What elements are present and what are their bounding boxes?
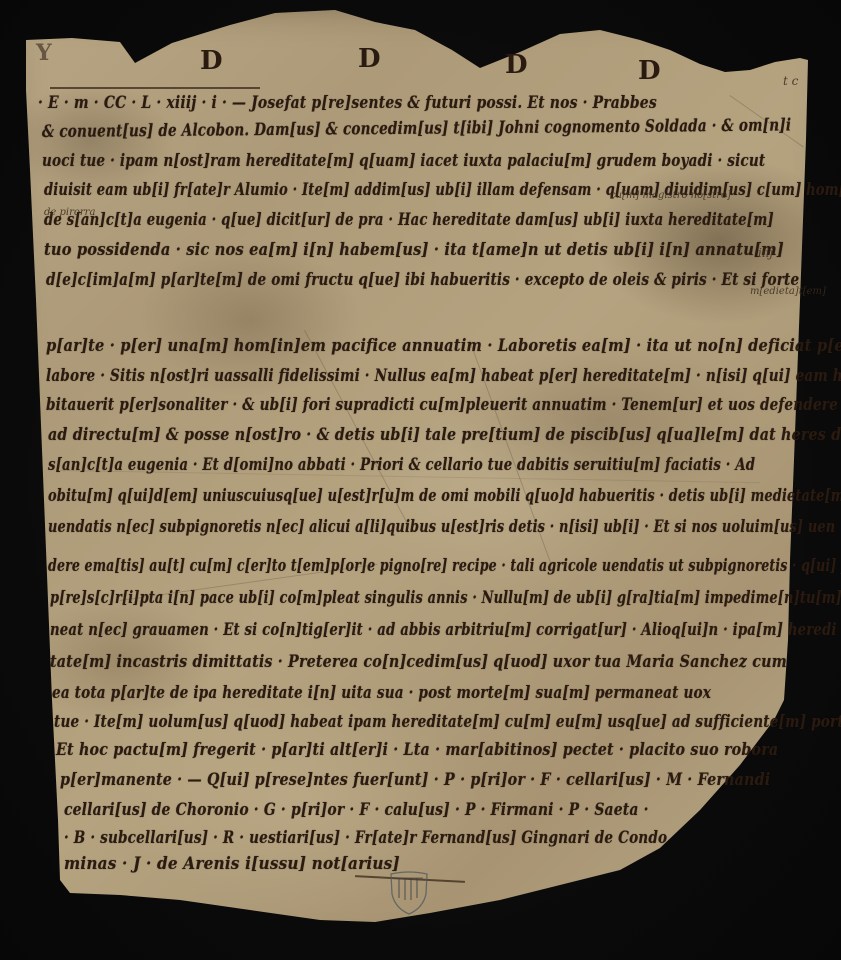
- fold-crease: [729, 95, 803, 147]
- parchment-sheet: [0, 0, 841, 960]
- parchment-document: Y D D D D t c · E · m · CC · L · xiiij ·…: [0, 0, 841, 960]
- page-stage: Y D D D D t c · E · m · CC · L · xiiij ·…: [0, 0, 841, 960]
- fold-crease: [304, 330, 408, 525]
- fold-crease: [120, 564, 378, 601]
- fold-crease: [60, 470, 760, 483]
- fold-crease: [469, 340, 552, 566]
